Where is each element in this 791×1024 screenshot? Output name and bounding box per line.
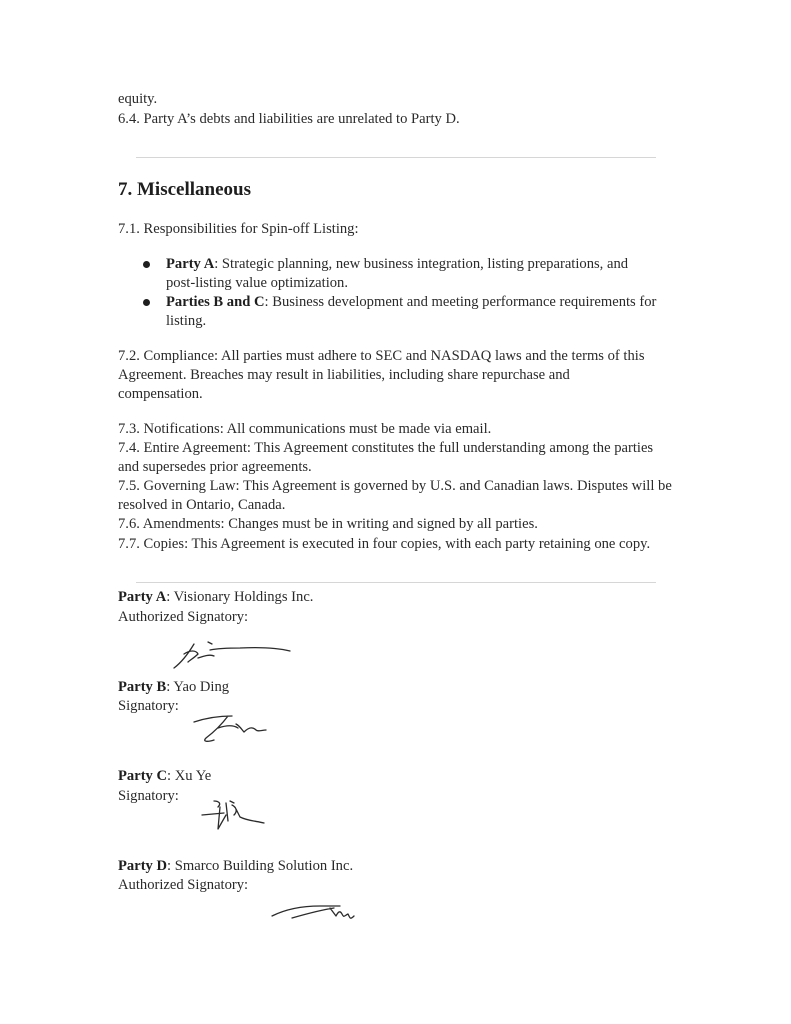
clause-7-7: 7.7. Copies: This Agreement is executed … <box>118 535 650 554</box>
clause-7-3: 7.3. Notifications: All communications m… <box>118 420 491 439</box>
signature-party-c: Party C: Xu Ye <box>118 767 211 786</box>
section-heading-miscellaneous: 7. Miscellaneous <box>118 180 251 199</box>
party-name: : Smarco Building Solution Inc. <box>167 858 353 874</box>
section6-continuation: equity. <box>118 90 157 109</box>
clause-7-5-line2: resolved in Ontario, Canada. <box>118 496 285 515</box>
party-name: : Yao Ding <box>166 679 229 695</box>
signature-party-b-icon <box>192 712 272 746</box>
party-name: : Xu Ye <box>167 768 211 784</box>
signature-party-c-icon <box>200 795 272 835</box>
clause-7-2-line1: 7.2. Compliance: All parties must adhere… <box>118 347 645 366</box>
bullet-text: : Business development and meeting perfo… <box>265 294 657 310</box>
signatory-label: Authorized Signatory: <box>118 608 248 627</box>
bullet-text-continuation: listing. <box>166 312 206 331</box>
signature-divider <box>136 582 656 583</box>
signature-party-a: Party A: Visionary Holdings Inc. <box>118 588 313 607</box>
clause-6-4: 6.4. Party A’s debts and liabilities are… <box>118 110 460 129</box>
bullet-label: Parties B and C <box>166 294 265 310</box>
bullet-text-continuation: post-listing value optimization. <box>166 274 348 293</box>
clause-7-5-line1: 7.5. Governing Law: This Agreement is go… <box>118 477 672 496</box>
party-label: Party D <box>118 858 167 874</box>
bullet-parties-b-c: Parties B and C: Business development an… <box>166 293 656 312</box>
clause-7-4-line2: and supersedes prior agreements. <box>118 458 312 477</box>
signature-party-d: Party D: Smarco Building Solution Inc. <box>118 857 353 876</box>
clause-7-1: 7.1. Responsibilities for Spin-off Listi… <box>118 220 359 239</box>
clause-7-4-line1: 7.4. Entire Agreement: This Agreement co… <box>118 439 653 458</box>
party-label: Party B <box>118 679 166 695</box>
clause-7-2-line3: compensation. <box>118 385 203 404</box>
party-name: : Visionary Holdings Inc. <box>166 589 313 605</box>
document-page: equity. 6.4. Party A’s debts and liabili… <box>0 0 791 1024</box>
signatory-label: Signatory: <box>118 697 179 716</box>
party-label: Party A <box>118 589 166 605</box>
bullet-text: : Strategic planning, new business integ… <box>214 256 628 272</box>
bullet-icon <box>143 261 150 268</box>
bullet-icon <box>143 299 150 306</box>
clause-7-6: 7.6. Amendments: Changes must be in writ… <box>118 515 538 534</box>
party-label: Party C <box>118 768 167 784</box>
clause-7-2-line2: Agreement. Breaches may result in liabil… <box>118 366 570 385</box>
signatory-label: Signatory: <box>118 787 179 806</box>
signature-party-a-icon <box>170 636 300 672</box>
section-divider <box>136 157 656 158</box>
signature-party-b: Party B: Yao Ding <box>118 678 229 697</box>
signatory-label: Authorized Signatory: <box>118 876 248 895</box>
bullet-label: Party A <box>166 256 214 272</box>
bullet-party-a: Party A: Strategic planning, new busines… <box>166 255 628 274</box>
signature-party-d-icon <box>270 900 360 930</box>
